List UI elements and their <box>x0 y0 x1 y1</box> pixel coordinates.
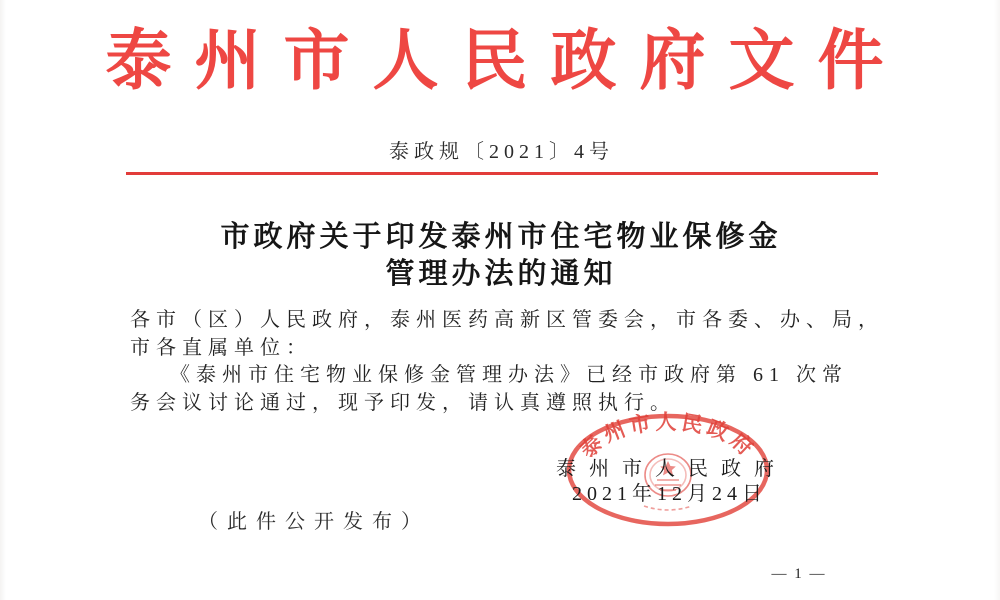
paragraph-line-1: 《泰州市住宅物业保修金管理办法》已经市政府第 61 次常 <box>130 362 900 390</box>
red-header-rule <box>126 172 878 175</box>
letterhead-title: 泰州市人民政府文件 <box>0 26 1000 98</box>
salutation-line-2: 市各直属单位： <box>130 335 900 363</box>
notice-title-line-2: 管理办法的通知 <box>0 256 1000 293</box>
signature-date: 2021年12月24日 <box>572 477 767 506</box>
notice-title: 市政府关于印发泰州市住宅物业保修金 管理办法的通知 <box>0 219 1000 293</box>
public-release-note: （此件公开发布） <box>198 505 430 534</box>
document-number: 泰政规〔2021〕4号 <box>0 140 1000 164</box>
salutation-line-1: 各市（区）人民政府，泰州医药高新区管委会，市各委、办、局， <box>130 307 900 335</box>
notice-title-line-1: 市政府关于印发泰州市住宅物业保修金 <box>0 219 1000 256</box>
body-text: 各市（区）人民政府，泰州医药高新区管委会，市各委、办、局， 市各直属单位： 《泰… <box>130 307 900 417</box>
paragraph-line-2: 务会议讨论通过，现予印发，请认真遵照执行。 <box>130 390 900 418</box>
document-page: 泰州市人民政府文件 泰政规〔2021〕4号 市政府关于印发泰州市住宅物业保修金 … <box>0 0 1000 600</box>
page-number: — 1 — <box>739 566 859 583</box>
